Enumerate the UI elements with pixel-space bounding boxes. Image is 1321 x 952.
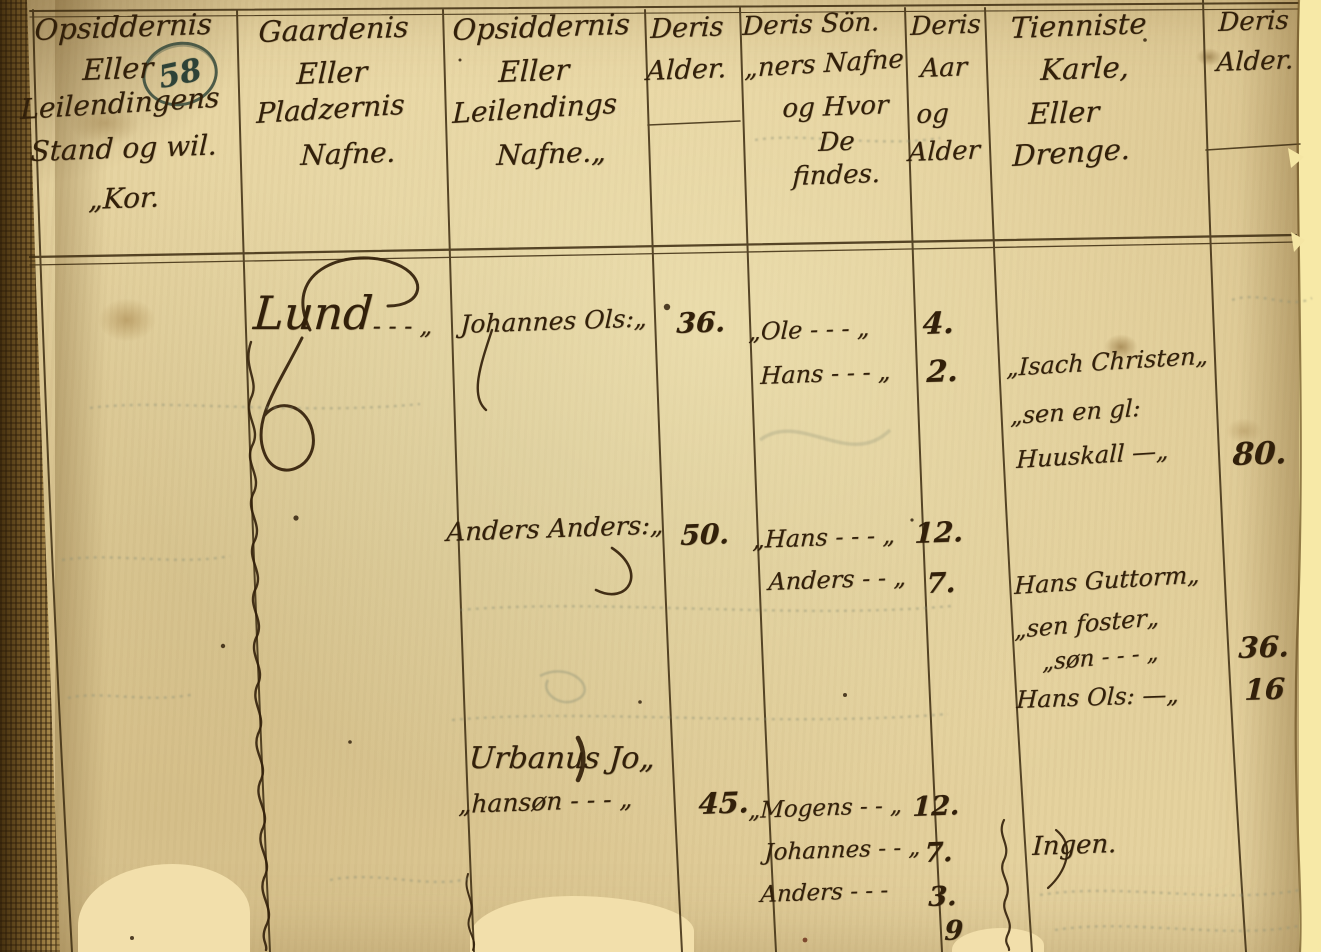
servant-age: 80. bbox=[1232, 438, 1287, 471]
header-col3-line: Opsiddernis bbox=[452, 10, 630, 45]
son-name: „Mogens - - „ bbox=[748, 795, 902, 823]
header-col6-line: Alder bbox=[908, 137, 980, 166]
farm-name: Lund bbox=[252, 290, 374, 336]
son-name: Johannes - - „ bbox=[764, 837, 921, 865]
header-col7-line: Tienniste bbox=[1010, 9, 1147, 43]
header-col1-line: Opsiddernis bbox=[34, 10, 212, 45]
farm-name-dashes: - - - „ bbox=[372, 314, 433, 338]
header-col6-line: og bbox=[916, 101, 949, 128]
ink-specks bbox=[130, 38, 1147, 942]
header-col1-line: Stand og wil. bbox=[30, 131, 217, 166]
head-age: 36. bbox=[676, 308, 726, 338]
header-col5-line: og Hvor bbox=[782, 92, 889, 122]
header-col3-line: Nafne.„ bbox=[496, 138, 606, 170]
header-col2-line: Eller bbox=[296, 57, 368, 89]
header-col4-line: Deris bbox=[650, 13, 724, 43]
son-age: 12. bbox=[912, 792, 960, 821]
header-col5-line: Deris Sön. bbox=[742, 9, 880, 40]
son-age: 4. bbox=[922, 309, 954, 340]
son-name: Anders - - „ bbox=[768, 565, 906, 594]
header-col3-line: Eller bbox=[498, 55, 570, 87]
partial-number: 9 bbox=[944, 917, 964, 945]
header-col7-line: Karle, bbox=[1040, 53, 1129, 85]
header-col5-line: De bbox=[818, 129, 855, 156]
son-age: 7. bbox=[924, 839, 953, 867]
head-name: Anders Anders:„ bbox=[446, 512, 664, 546]
son-name: Hans - - - „ bbox=[760, 359, 891, 388]
header-col1-line: Eller bbox=[82, 53, 154, 85]
header-col2-line: Gaardenis bbox=[258, 13, 409, 47]
son-name: „Hans - - - „ bbox=[752, 523, 895, 552]
header-col4-line: Alder. bbox=[646, 55, 727, 85]
head-name: Urbanus Jo„ bbox=[468, 744, 656, 774]
head-name: „hansøn - - - „ bbox=[458, 786, 633, 817]
header-col7-line: Drenge. bbox=[1012, 135, 1130, 171]
son-age: 3. bbox=[928, 883, 957, 911]
servant-age: 16 bbox=[1244, 675, 1285, 705]
header-col5-line: findes. bbox=[792, 161, 881, 190]
header-col8-line: Deris bbox=[1218, 7, 1289, 36]
son-age: 2. bbox=[926, 357, 958, 388]
son-name: „Ole - - - „ bbox=[748, 316, 870, 344]
head-age: 45. bbox=[698, 788, 749, 819]
header-col2-line: Nafne. bbox=[300, 139, 396, 170]
manuscript-scan: 58 Opsiddernis Eller Leilendingens Stand… bbox=[0, 0, 1321, 952]
header-col8-line: Alder. bbox=[1216, 47, 1294, 76]
son-age: 7. bbox=[926, 569, 956, 598]
servant-age: 36. bbox=[1238, 632, 1289, 663]
head-age: 50. bbox=[680, 520, 730, 550]
servant-line: Ingen. bbox=[1032, 831, 1117, 860]
header-col7-line: Eller bbox=[1028, 97, 1100, 129]
servant-line: „sen en gl: bbox=[1010, 396, 1141, 428]
head-name: Johannes Ols:„ bbox=[460, 305, 647, 337]
son-name: Anders - - - bbox=[760, 879, 889, 907]
header-col6-line: Deris bbox=[910, 11, 981, 40]
son-age: 12. bbox=[914, 518, 964, 548]
servant-line: Hans Ols: —„ bbox=[1016, 682, 1179, 712]
page-edge bbox=[1288, 0, 1305, 952]
header-col6-line: Aar bbox=[920, 54, 968, 82]
header-col1-line: „Kor. bbox=[88, 183, 160, 214]
